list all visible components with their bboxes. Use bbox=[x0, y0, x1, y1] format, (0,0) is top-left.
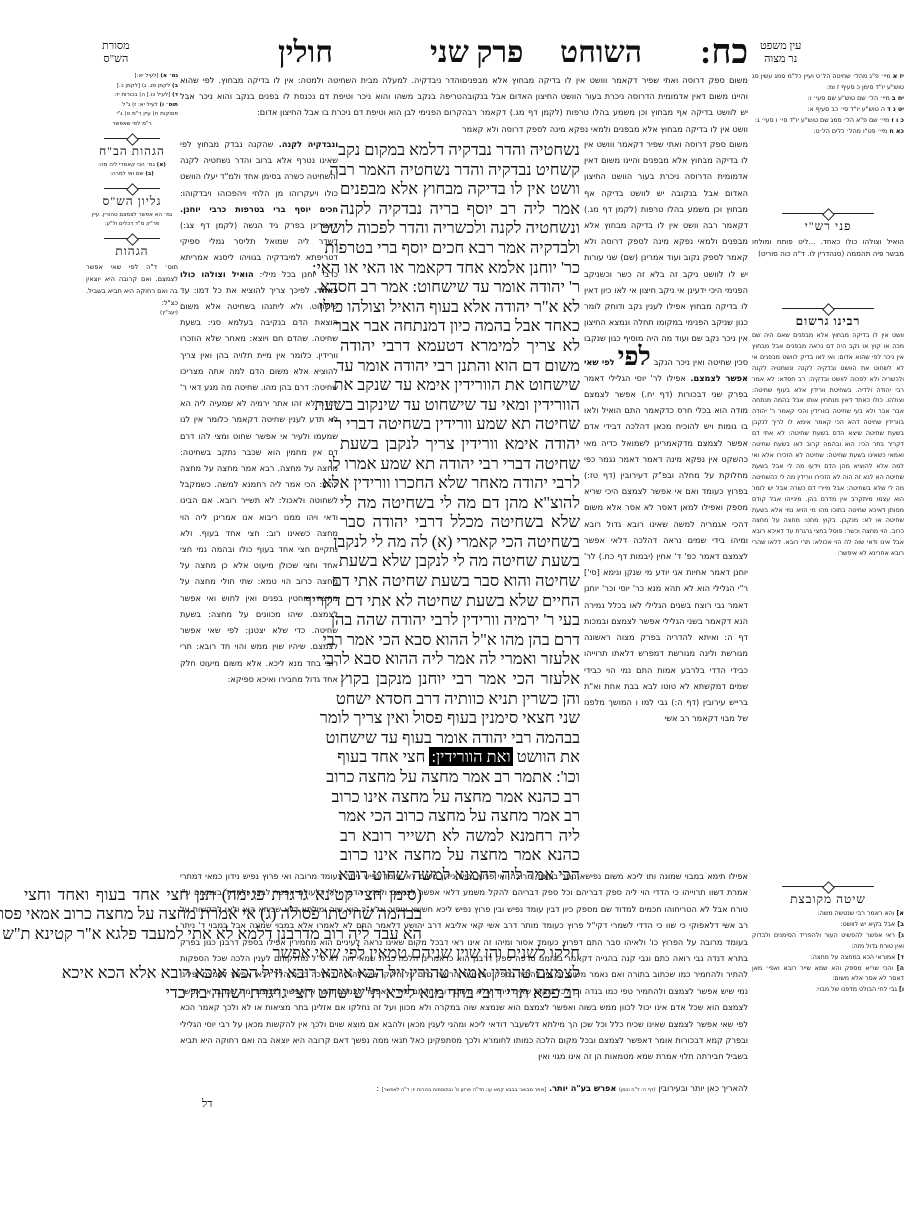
hagahot-habach-entry: (ב) שם ואי למרה: bbox=[86, 170, 178, 180]
right-label-line-1: עין משפט bbox=[760, 40, 801, 53]
masoret-entry: ר"מ לפי שאפשר bbox=[86, 120, 178, 130]
masoret-entry: תוס׳ ו) לעיל יא: ז) ג"ל bbox=[86, 101, 178, 111]
gemara-line: נשחטיה והדר נבדקיה דלמא במקום נקב bbox=[340, 140, 580, 160]
masoret-text: פסוקות ח) עיין ר"מ ט) ג"י bbox=[116, 111, 178, 117]
final-colon: : bbox=[376, 1083, 379, 1093]
tosafot-tail: מגורשת ולינה מגורשת דמפרש דלאתו תרוייהו … bbox=[584, 648, 748, 723]
bach-marker: (א) bbox=[157, 162, 166, 168]
ein-mishpat-text: ה טוש"ע יו"ד סי׳ כב סעיף א: bbox=[807, 106, 885, 113]
gemara-line: קשחיט נבדקיה והדר נשחטיה האמר רבה bbox=[340, 160, 580, 180]
masoret-marker: ד) bbox=[172, 92, 178, 98]
gemara-line: בשעת שחיטה מה לי לנקבן שלא בשעת bbox=[340, 551, 580, 571]
gemara-line: כהנא אמר מחצה על מחצה אינו כרוב bbox=[340, 845, 580, 865]
gemara-line: שחיטה והוא סבר בשעת שחיטה אתי דם bbox=[340, 571, 580, 591]
hagahot-text: תוס׳ ד"ה לפי שאי אפשר לצמצם. ואם קרובה ה… bbox=[86, 261, 178, 309]
shita-text: אמוראי הכא במחצה על מחצה: bbox=[811, 954, 896, 961]
gemara-line: לא א"ר יהודה אלא בעוף הואיל וצולהו כולו bbox=[340, 297, 580, 317]
rabbenu-gershom-column: רבינו גרשום וושט אין לו בדיקה מבחוץ אלא … bbox=[752, 300, 904, 880]
rashi-commentary: ונבדקיה לקנה. שהקנה נבדק מבחוץ לפי שאינו… bbox=[180, 136, 338, 868]
tosafot-text: אפילו לר' יוסי הגלילי דאמר בפרק שני דבכו… bbox=[584, 373, 748, 642]
gemara-line: את הוושט ואת הוורידין: חצי אחד בעוף bbox=[340, 747, 580, 767]
shita-marker: א] bbox=[897, 910, 904, 917]
tosafot-top: משום ספק דרוסה ואתי שפיר דקאמר ווושט אין… bbox=[462, 72, 748, 136]
shita-entry: ה] והכי שריא מספק והא שמא שייר רובא ואפי… bbox=[752, 964, 904, 986]
bottom-commentary-text: אפילו תימא במבוי שמונה ותו ליכא משום נפי… bbox=[180, 871, 748, 1045]
ornament-divider bbox=[782, 213, 873, 214]
ein-mishpat-marker: יט ג ד bbox=[887, 106, 904, 113]
masoret-hashas-header-label: מסורת הש"ס bbox=[102, 40, 130, 66]
gemara-line: רב אמר מחצה על מחצה כרוב הכי אמר bbox=[340, 806, 580, 826]
ornament-divider bbox=[782, 308, 873, 309]
bach-text: שם ואי למרה: bbox=[110, 171, 143, 177]
left-margin-column: גמ׳ א) [לעיל יא:] ב) לקמן מג. ג) [לקמן כ… bbox=[86, 72, 178, 432]
shita-marker: ד] bbox=[897, 954, 904, 961]
ein-mishpat-marker: כ ו ז bbox=[891, 117, 904, 124]
chapter-title: פרק שני bbox=[430, 38, 523, 68]
gemara-line: ר' יהודה אומר עד שישחוט: אמר רב חסדא bbox=[340, 277, 580, 297]
rashi-dibbur-hamatchil: ונבדקיה לקנה. bbox=[279, 139, 338, 149]
tosafot-final-line: להאריך כאן יותר ובעירובין (דף ה: ד"ה וכמ… bbox=[240, 1080, 748, 1098]
ein-mishpat-text: מיי׳ פט"ו מהל׳ כלים הל׳ט: bbox=[813, 128, 887, 135]
ein-mishpat-marker: יז א bbox=[893, 73, 904, 80]
ein-mishpat-text: מיי׳ פ"ג מהל׳ שחיטה הל׳ט ועיין כל"מ סמג … bbox=[752, 73, 904, 91]
masoret-text: לקמן מג. ג) [לקמן כ.] bbox=[117, 83, 171, 89]
gemara-line: שלא בשחיטה מכלל דרבי יהודה סבר bbox=[340, 512, 580, 532]
shita-marker: ו] bbox=[899, 986, 904, 993]
final-line-reference: [ויותר מבואר בבבא קמא עו: תד"ה פרזון ס' … bbox=[382, 1087, 547, 1093]
hagahot-signature: (יעב"ץ) bbox=[86, 309, 178, 319]
shita-entry: א] והא ראמר רבי שנטשה משה: bbox=[752, 909, 904, 920]
gemara-line: ונשחטיה לקנה ולכשריה והדר לפכוה לושט bbox=[340, 218, 580, 238]
pnei-rashi-column: פני רש"י הואיל וצולהו כולו כאחד. ...ליט … bbox=[752, 205, 904, 315]
gemara-line: כר' יוחנן אלמא אחד דקאמר או האי או האי: bbox=[340, 258, 580, 278]
masoret-text: לעיל יא: ז) ג"ל bbox=[122, 102, 158, 108]
gemara-line: והן כשרין תניא כוותיה דרב חסדא ישחט bbox=[340, 689, 580, 709]
ein-mishpat-column: יז א מיי׳ פ"ג מהל׳ שחיטה הל׳ט ועיין כל"מ… bbox=[752, 72, 904, 212]
shita-entry: ד] אמוראי הכא במחצה על מחצה: bbox=[752, 953, 904, 964]
gemara-line: רב כהנא אמר מחצה על מחצה אינו כרוב bbox=[340, 787, 580, 807]
gemara-line: בבהמה רבי יהודה אומר בעוף עד שישחוט bbox=[340, 728, 580, 748]
shita-marker: ג] bbox=[898, 932, 904, 939]
tosafot-large-initial: לפי bbox=[618, 342, 651, 371]
gemara-line: שחיטה דברי רבי יהודה תא שמע אמרו לו bbox=[340, 454, 580, 474]
shita-text: והכי שריא מספק והא שמא שייר רובא ואפי׳ מ… bbox=[752, 965, 904, 983]
bach-text: גמ׳ הכי קאמרי ליה מה: bbox=[98, 162, 155, 168]
shita-text: אבל בקיא יש לוושט: bbox=[841, 921, 896, 928]
tosafot-commentary: משום ספק דרוסה ואתי שפיר דקאמר ווושט אין… bbox=[584, 136, 748, 868]
ein-mishpat-marker: כא ח bbox=[889, 128, 904, 135]
ein-mishpat-entry: כ ו ז מיי׳ שם פ"א הל׳ סמג שם טוש"ע יו"ד … bbox=[752, 116, 904, 127]
daf-number: כח: bbox=[700, 38, 748, 68]
ornament-divider bbox=[104, 238, 159, 239]
gemara-line: בשחיטה הכי קאמרי (א) לה מה לי לנקבן bbox=[340, 532, 580, 552]
hagahot-habach-entry: (א) גמ׳ הכי קאמרי ליה מה: bbox=[86, 161, 178, 171]
catchword: דל bbox=[202, 1098, 212, 1110]
rabbenu-gershom-text: וושט אין לו בדיקה מבחוץ אלא מבפנים שאם ה… bbox=[752, 331, 904, 560]
masoret-text: ר"מ לפי שאפשר bbox=[112, 121, 151, 127]
ein-mishpat-text: מיי׳ הל׳ שם טוש"ע שם סעי׳ ו: bbox=[807, 95, 889, 102]
shita-text: גבי לחי הבולט מדפנו של מבוי: bbox=[816, 986, 897, 993]
gemara-fragment: חצי אחד בעוף bbox=[337, 747, 429, 766]
page-header: מסורת הש"ס חולין פרק שני השוחט כח: עין מ… bbox=[0, 0, 914, 70]
gemara-line: יהודה אימא וורידין צריך לנקבן בשעת bbox=[340, 434, 580, 454]
masoret-text: [לעיל כו.] ה) בכורות יז: bbox=[115, 92, 171, 98]
gemara-line: להוצ"א מהן דם מה לי בשחיטה מה לי bbox=[340, 493, 580, 513]
gemara-line: בעי ר' ירמיה וורידין לרבי יהודה שהה בהן bbox=[340, 610, 580, 630]
gemara-line: דרם בהן מהו א"ל ההוא סבא הכי אמר רבי bbox=[340, 630, 580, 650]
pnei-rashi-text: הואיל וצולהו כולו כאחד. ...ליט פותח ומול… bbox=[752, 236, 904, 260]
bach-marker: (ב) bbox=[145, 171, 154, 177]
gemara-line: אמר ליה רב יוסף בריה נבדקיה לקנה bbox=[340, 199, 580, 219]
shita-entry: ב] אבל בקיא יש לוושט: bbox=[752, 920, 904, 931]
ornament-divider bbox=[104, 138, 159, 139]
shita-marker: ה] bbox=[897, 965, 904, 972]
ornament-divider bbox=[782, 886, 873, 887]
gemara-line: לרבי יהודה מאחר שלא החכרו וורידין אלא bbox=[340, 473, 580, 493]
gemara-line: שחיטה תא שמע וורידין בשחיטה דברי ר' bbox=[340, 414, 580, 434]
running-title: השוחט bbox=[560, 38, 642, 68]
ein-mishpat-header-label: עין משפט נר מצוה bbox=[760, 40, 801, 66]
gemara-line: ולבדקיה אמר רבא חכים יוסף ברי בטרפות bbox=[340, 238, 580, 258]
gilyon-hashas-text: גמ׳ הא אפשר לצמצם טהורין. עיין פר"ק מ"ד … bbox=[86, 211, 178, 230]
shita-mekubetzet-column: שיטה מקובצת א] והא ראמר רבי שנטשה משה: ב… bbox=[752, 878, 904, 1038]
gemara-line: אלעזר ואמרי לה אמר ליה ההוא סבא לרבי bbox=[340, 649, 580, 669]
left-label-line-1: מסורת bbox=[102, 40, 130, 53]
final-line-bold: אפרש בע"ה יותר. bbox=[549, 1083, 616, 1093]
shita-entry: ג] ראי אפשר להפשיט העור ולהפריד הסימנים … bbox=[752, 931, 904, 953]
rashi-opening: והדר ניבדקיה. למעלה מבית השחיטה ולמטה: א… bbox=[180, 75, 462, 117]
gemara-line: כאחד אבל בהמה כיון דמנתחה אבר אבר bbox=[340, 316, 580, 336]
rashi-text: לפיכך צריך להוציא את כל דמו: עד שישחוט. … bbox=[180, 285, 338, 684]
shita-text: והא ראמר רבי שנטשה משה: bbox=[818, 910, 895, 917]
gemara-line: וכו': אתמר רב אמר מחצה על מחצה כרוב bbox=[340, 767, 580, 787]
ein-mishpat-entry: יח ב מיי׳ הל׳ שם טוש"ע שם סעי׳ ו: bbox=[752, 94, 904, 105]
left-label-line-2: הש"ס bbox=[102, 53, 130, 66]
tractate-title: חולין bbox=[278, 38, 333, 68]
masoret-entry: ד) [לעיל כו.] ה) בכורות יז: bbox=[86, 91, 178, 101]
ein-mishpat-entry: כא ח מיי׳ פט"ו מהל׳ כלים הל׳ט: bbox=[752, 127, 904, 138]
gemara-line: וושט אין לו בדיקה מבחוץ אלא מבפנים bbox=[340, 179, 580, 199]
ornament-divider bbox=[104, 188, 159, 189]
final-line-text: להאריך כאן יותר ובעירובין bbox=[658, 1083, 748, 1093]
tosafot-continued: משום ספק דרוסה ואתי שפיר דקאמר ווושט אין… bbox=[584, 139, 748, 367]
right-label-line-2: נר מצוה bbox=[760, 53, 801, 66]
masoret-text: [לעיל יא:] bbox=[134, 73, 158, 79]
gemara-line: שני חצאי סימנין בעוף פסול ואין צריך לומר bbox=[340, 708, 580, 728]
gemara-line: ליה רחמנא למשה לא תשייר רובא רב bbox=[340, 826, 580, 846]
rashi-dibbur-hamatchil: חכים יוסף ברי בטרפות כרבי יוחנן. bbox=[180, 204, 338, 214]
masoret-entry: גמ׳ א) [לעיל יא:] bbox=[86, 72, 178, 82]
shita-entry: ו] גבי לחי הבולט מדפנו של מבוי: bbox=[752, 985, 904, 996]
gemara-fragment: את הוושט bbox=[513, 747, 580, 766]
shita-marker: ב] bbox=[897, 921, 904, 928]
masoret-marker: תוס׳ ו) bbox=[160, 102, 178, 108]
masoret-entry: פסוקות ח) עיין ר"מ ט) ג"י bbox=[86, 110, 178, 120]
ein-mishpat-entry: יט ג ד ה טוש"ע יו"ד סי׳ כב סעיף א: bbox=[752, 105, 904, 116]
gemara-line: החיים שלא בשעת שחיטה לא אתי דם דקריר bbox=[340, 591, 580, 611]
masoret-marker: ב) bbox=[172, 83, 178, 89]
final-line-note: (דף ה: ד"ה וכמן) bbox=[619, 1087, 656, 1093]
gemara-text: נשחטיה והדר נבדקיה דלמא במקום נקבקשחיט נ… bbox=[340, 140, 580, 860]
rashi-top: והדר ניבדקיה. למעלה מבית השחיטה ולמטה: א… bbox=[180, 72, 462, 136]
gemara-line: שישחוט את הוורידין אימא עד שנקב את bbox=[340, 375, 580, 395]
ein-mishpat-text: מיי׳ שם פ"א הל׳ סמג שם טוש"ע יו"ד סי׳ ו … bbox=[755, 117, 889, 124]
ein-mishpat-entry: יז א מיי׳ פ"ג מהל׳ שחיטה הל׳ט ועיין כל"מ… bbox=[752, 72, 904, 94]
ein-mishpat-marker: יח ב bbox=[892, 95, 904, 102]
gemara-line: משום דם הוא והתנן רבי יהודה אומר עד bbox=[340, 356, 580, 376]
shita-text: ראי אפשר להפשיט העור ולהפריד הסימנים ולב… bbox=[752, 932, 904, 950]
gemara-line: הוורידין ומאי עד שישחוט עד שינקוב בשעת bbox=[340, 395, 580, 415]
gemara-line: אלעזר הכי אמר רבי יוחנן מנקבן בקוץ bbox=[340, 669, 580, 689]
masoret-entry: ב) לקמן מג. ג) [לקמן כ.] bbox=[86, 82, 178, 92]
tosafot-bottom-continuation: אפילו תימא במבוי שמונה ותו ליכא משום נפי… bbox=[180, 868, 748, 1080]
highlighted-dibbur: ואת הוורידין: bbox=[429, 747, 512, 766]
masoret-marker: גמ׳ א) bbox=[160, 73, 178, 79]
tosafot-opening: משום ספק דרוסה ואתי שפיר דקאמר ווושט אין… bbox=[462, 75, 748, 136]
gemara-line: לא צריך למימרא דטעמא דרבי יהודה bbox=[340, 336, 580, 356]
masoret-hashas: גמ׳ א) [לעיל יא:] ב) לקמן מג. ג) [לקמן כ… bbox=[86, 72, 178, 130]
